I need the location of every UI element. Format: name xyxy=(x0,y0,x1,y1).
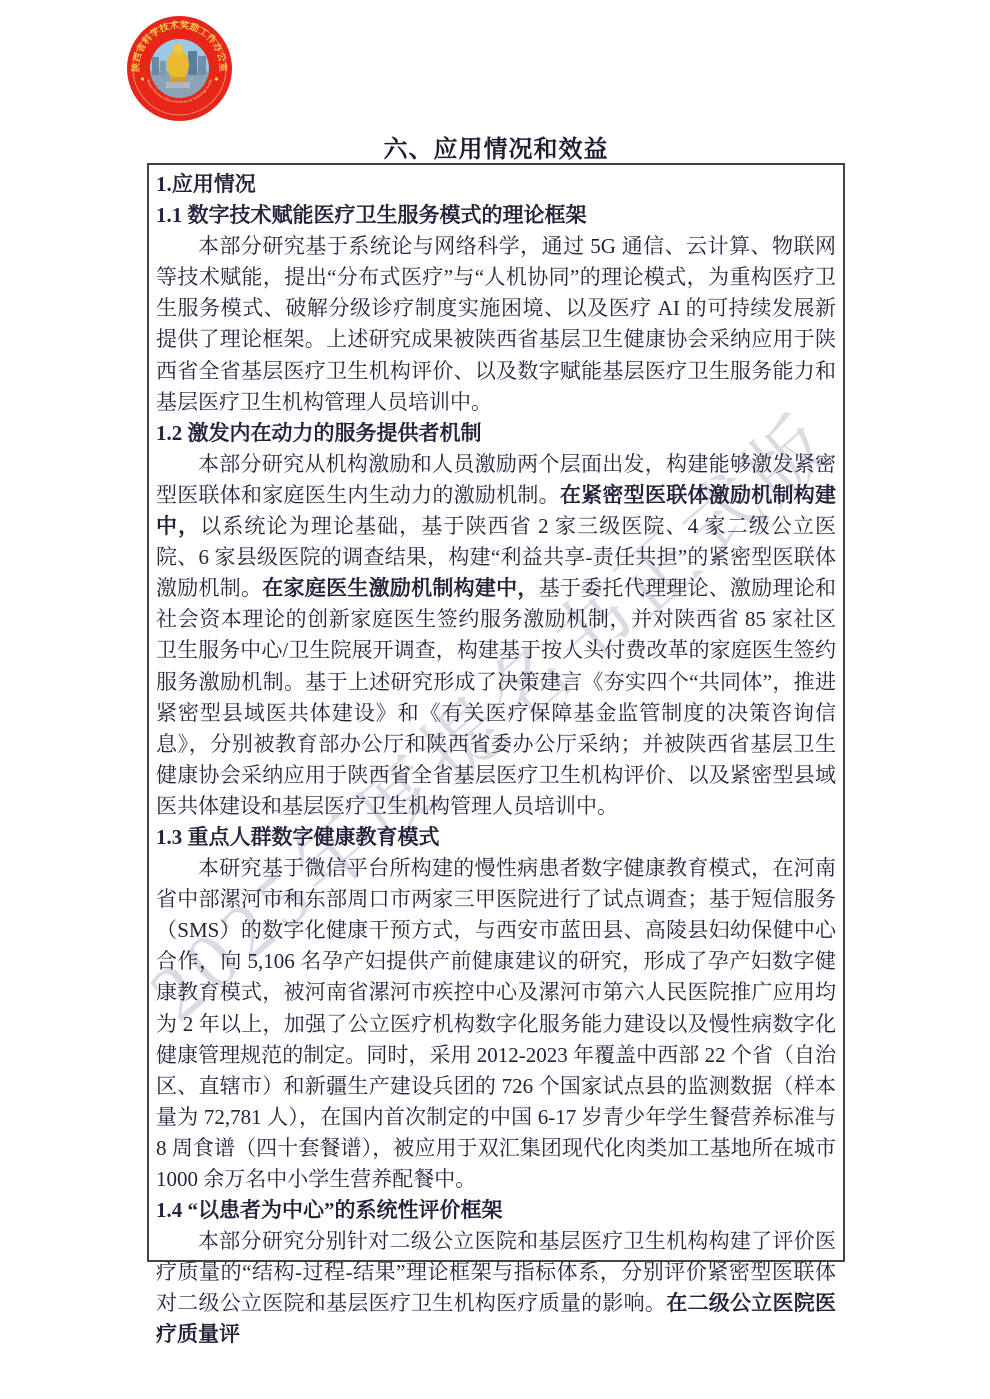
paragraph: 本部分研究基于系统论与网络科学，通过 5G 通信、云计算、物联网等技术赋能，提出… xyxy=(156,231,836,418)
award-office-seal-logo: 陕西省科学技术奖励工作办公室 Shaanxi Province Office O… xyxy=(126,15,233,122)
text-run: 基于委托代理理论、激励理论和社会资本理论的创新家庭医生签约服务激励机制，并对陕西… xyxy=(156,576,836,818)
seal-side-dot-right xyxy=(215,77,218,80)
bold-text-run: 1.4 “以患者为中心”的系统性评价框架 xyxy=(156,1198,503,1222)
seal-side-dot-left xyxy=(141,77,144,80)
document-table: 1.应用情况1.1 数字技术赋能医疗卫生服务模式的理论框架本部分研究基于系统论与… xyxy=(147,163,845,1262)
paragraph: 本部分研究分别针对二级公立医院和基层医疗卫生机构构建了评价医疗质量的“结构-过程… xyxy=(156,1226,836,1350)
section-heading: 1.应用情况 xyxy=(156,169,836,200)
bold-text-run: 1.1 数字技术赋能医疗卫生服务模式的理论框架 xyxy=(156,203,587,227)
bold-text-run: 1.3 重点人群数字健康教育模式 xyxy=(156,825,440,849)
bold-text-run: 在家庭医生激励机制构建中， xyxy=(262,576,538,600)
bold-text-run: 1.应用情况 xyxy=(156,172,256,196)
paragraph: 本部分研究从机构激励和人员激励两个层面出发，构建能够激发紧密型医联体和家庭医生内… xyxy=(156,449,836,822)
paragraph: 本研究基于微信平台所构建的慢性病患者数字健康教育模式，在河南省中部漯河市和东部周… xyxy=(156,853,836,1195)
bold-text-run: 1.2 激发内在动力的服务提供者机制 xyxy=(156,421,482,445)
section-heading: 1.2 激发内在动力的服务提供者机制 xyxy=(156,418,836,449)
text-run: 本研究基于微信平台所构建的慢性病患者数字健康教育模式，在河南省中部漯河市和东部周… xyxy=(156,856,836,1191)
document-page: 2025年度提名书正式版 陕西省科学技术奖励工作办公室 Shaanxi Prov… xyxy=(0,0,990,1399)
text-run: 本部分研究基于系统论与网络科学，通过 5G 通信、云计算、物联网等技术赋能，提出… xyxy=(156,234,836,413)
section-heading: 1.1 数字技术赋能医疗卫生服务模式的理论框架 xyxy=(156,200,836,231)
page-title: 六、应用情况和效益 xyxy=(147,129,845,164)
section-heading: 1.4 “以患者为中心”的系统性评价框架 xyxy=(156,1195,836,1226)
section-heading: 1.3 重点人群数字健康教育模式 xyxy=(156,822,836,853)
